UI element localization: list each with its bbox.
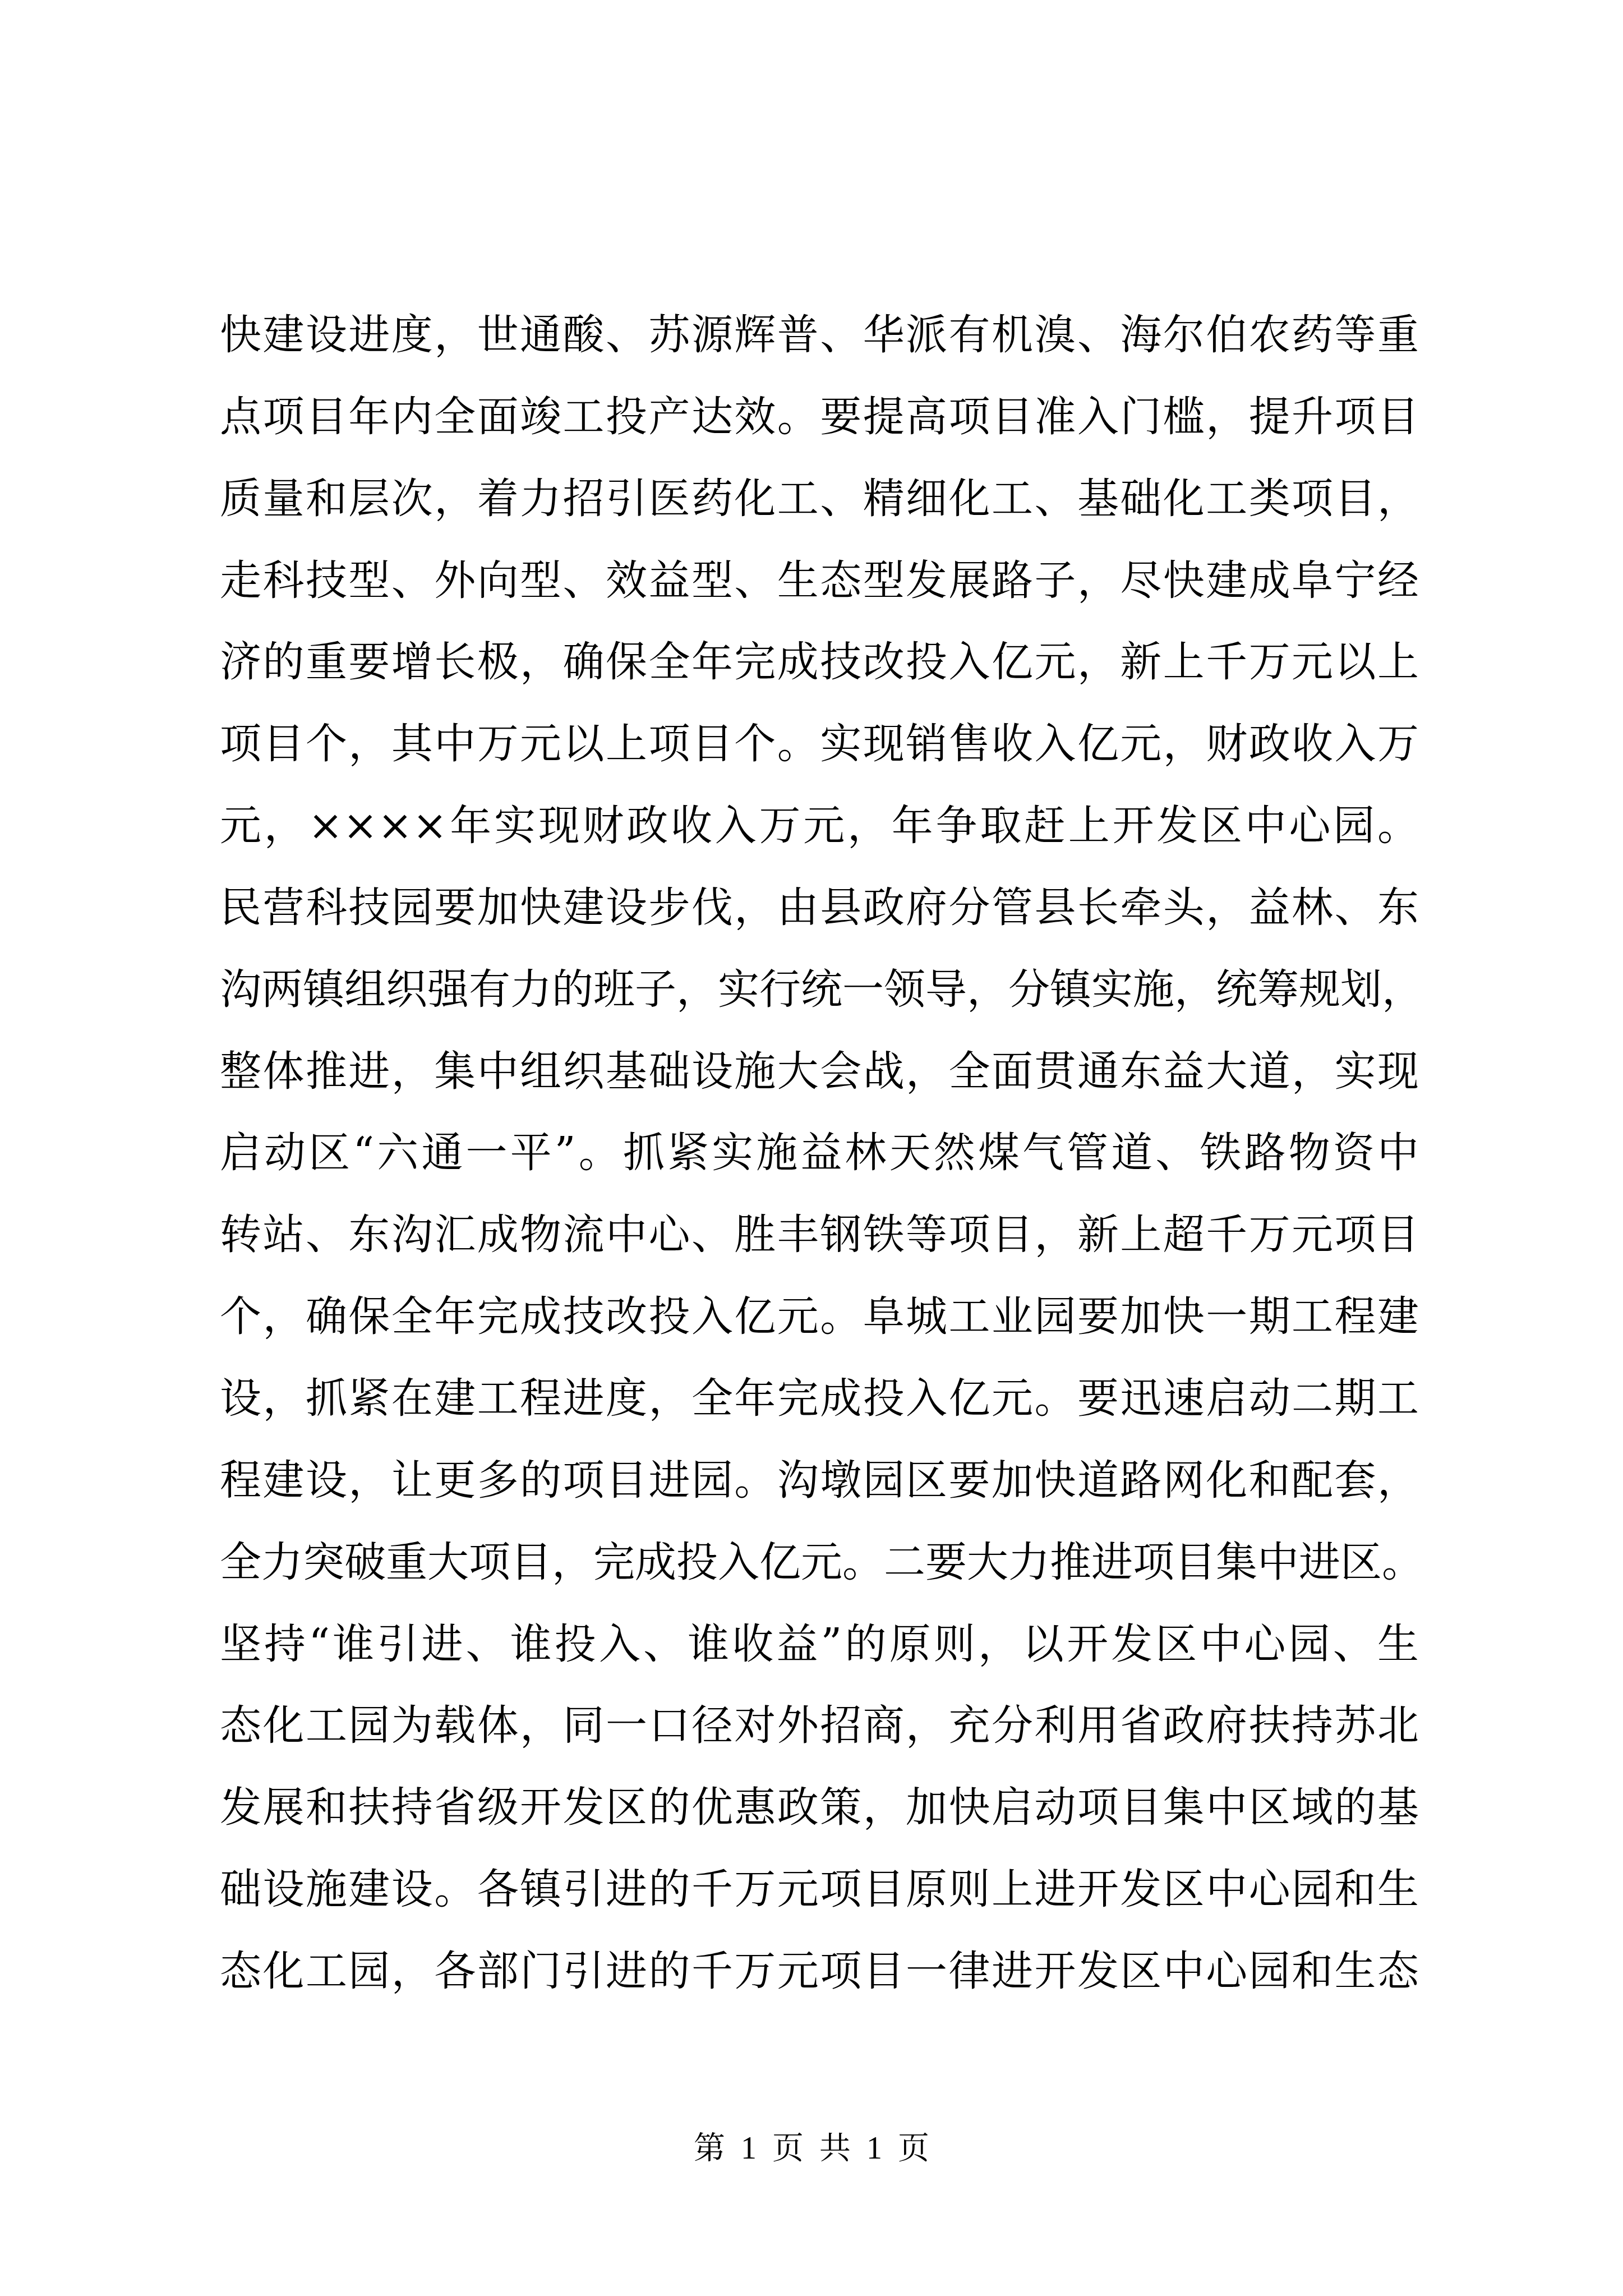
- text-line: 设，抓紧在建工程进度，全年完成投入亿元。要迅速启动二期工: [220, 1373, 1419, 1455]
- text-line: 启动区“六通一平”。抓紧实施益林天然煤气管道、铁路物资中: [220, 1128, 1419, 1209]
- text-line: 程建设，让更多的项目进园。沟墩园区要加快道路网化和配套，: [220, 1455, 1419, 1537]
- text-line: 态化工园，各部门引进的千万元项目一律进开发区中心园和生态: [220, 1946, 1419, 2028]
- text-line: 转站、东沟汇成物流中心、胜丰钢铁等项目，新上超千万元项目: [220, 1209, 1419, 1291]
- body-paragraph: 快建设进度，世通酸、苏源辉普、华派有机溴、海尔伯农药等重 点项目年内全面竣工投产…: [220, 310, 1419, 2028]
- text-line: 坚持“谁引进、谁投入、谁收益”的原则，以开发区中心园、生: [220, 1619, 1419, 1701]
- text-line: 元，××××年实现财政收入万元，年争取赶上开发区中心园。: [220, 800, 1419, 882]
- page-number-footer: 第 1 页 共 1 页: [0, 2126, 1623, 2171]
- text-line: 点项目年内全面竣工投产达效。要提高项目准入门槛，提升项目: [220, 392, 1419, 473]
- text-line: 全力突破重大项目，完成投入亿元。二要大力推进项目集中进区。: [220, 1537, 1419, 1619]
- text-line: 走科技型、外向型、效益型、生态型发展路子，尽快建成阜宁经: [220, 555, 1419, 637]
- text-line: 发展和扶持省级开发区的优惠政策，加快启动项目集中区域的基: [220, 1782, 1419, 1864]
- document-page: 快建设进度，世通酸、苏源辉普、华派有机溴、海尔伯农药等重 点项目年内全面竣工投产…: [0, 0, 1623, 2296]
- text-line: 快建设进度，世通酸、苏源辉普、华派有机溴、海尔伯农药等重: [220, 310, 1419, 392]
- text-line: 础设施建设。各镇引进的千万元项目原则上进开发区中心园和生: [220, 1864, 1419, 1946]
- text-line: 沟两镇组织强有力的班子，实行统一领导，分镇实施，统筹规划，: [220, 964, 1419, 1046]
- text-line: 济的重要增长极，确保全年完成技改投入亿元，新上千万元以上: [220, 637, 1419, 719]
- text-line: 项目个，其中万元以上项目个。实现销售收入亿元，财政收入万: [220, 719, 1419, 800]
- text-line: 整体推进，集中组织基础设施大会战，全面贯通东益大道，实现: [220, 1046, 1419, 1128]
- text-line: 民营科技园要加快建设步伐，由县政府分管县长牵头，益林、东: [220, 882, 1419, 964]
- text-line: 个，确保全年完成技改投入亿元。阜城工业园要加快一期工程建: [220, 1291, 1419, 1373]
- text-line: 质量和层次，着力招引医药化工、精细化工、基础化工类项目，: [220, 473, 1419, 555]
- text-line: 态化工园为载体，同一口径对外招商，充分利用省政府扶持苏北: [220, 1700, 1419, 1782]
